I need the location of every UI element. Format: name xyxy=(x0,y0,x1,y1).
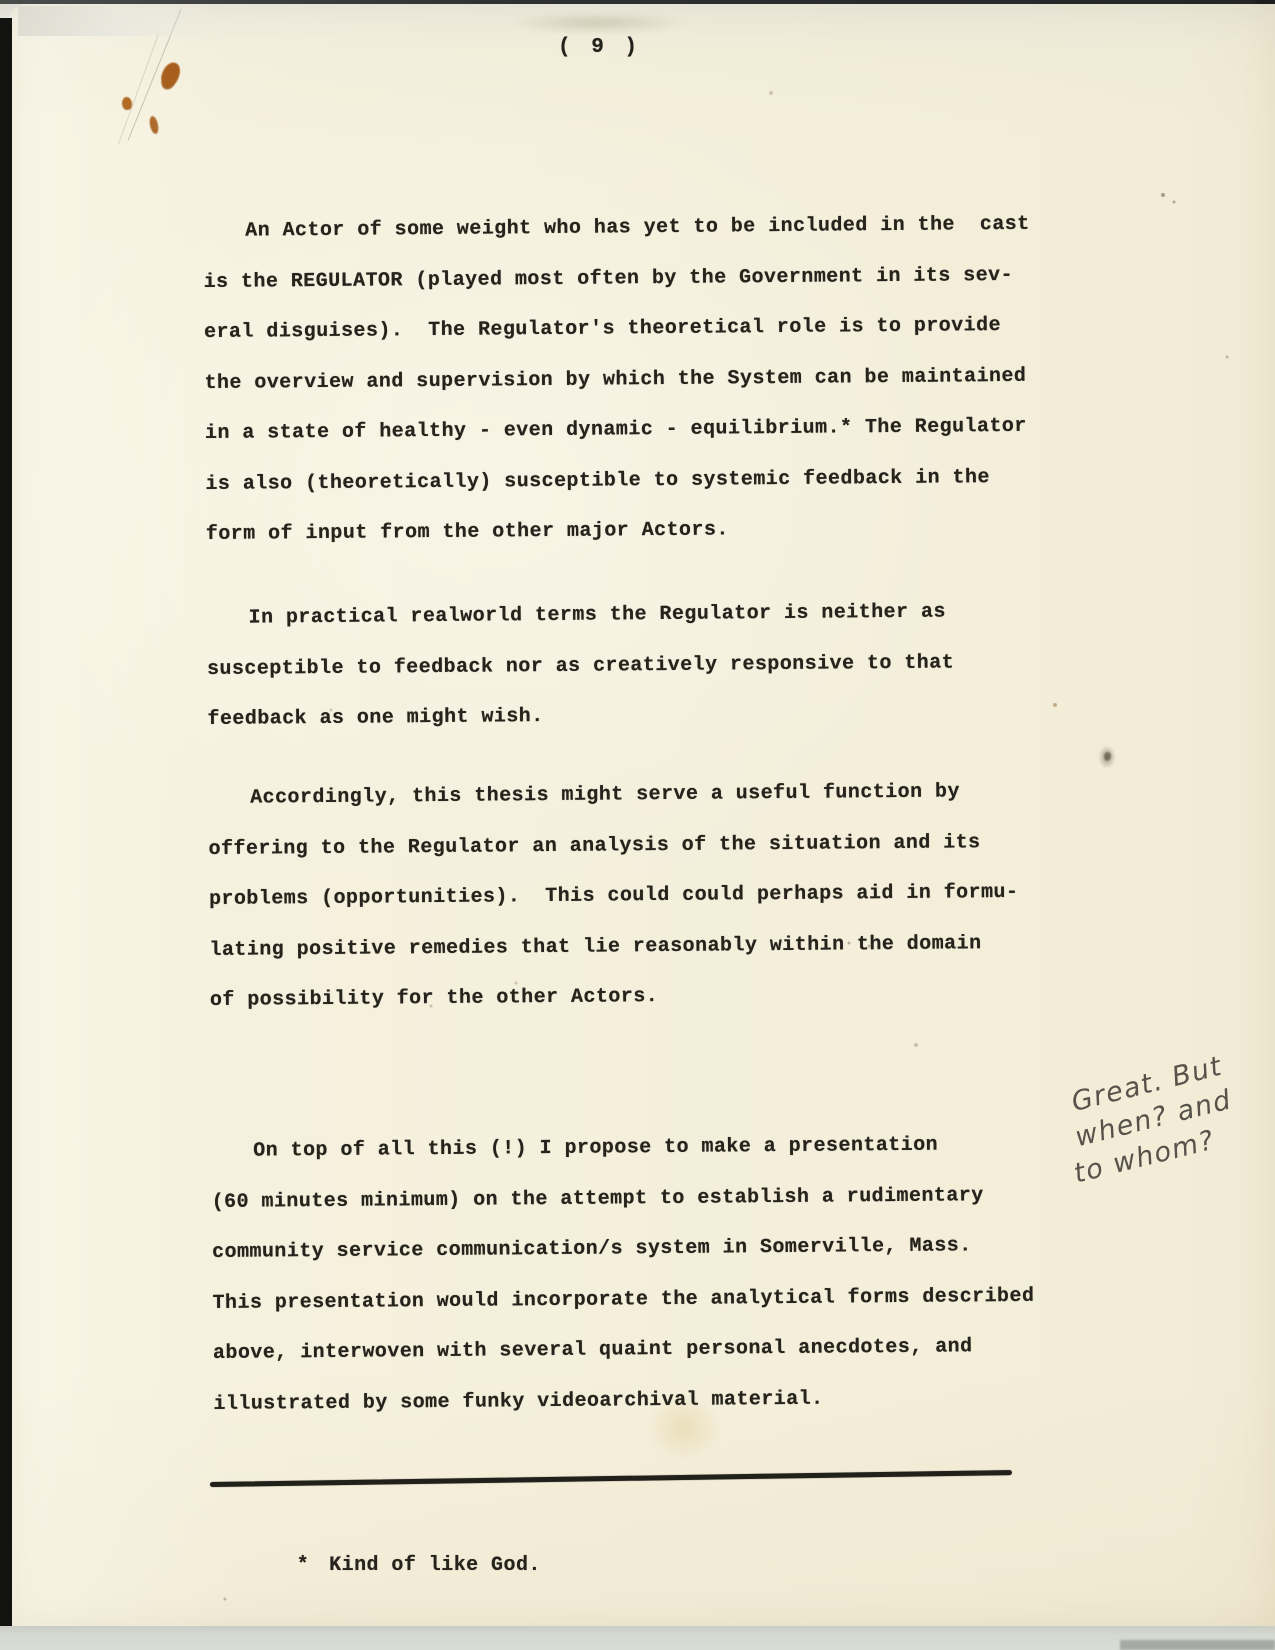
typed-line: In practical realworld terms the Regulat… xyxy=(206,587,954,644)
rust-stain xyxy=(159,60,183,90)
typed-line: illustrated by some funky videoarchival … xyxy=(213,1372,1035,1430)
scan-edge-bottom-shadow xyxy=(1120,1640,1275,1650)
typed-line: (60 minutes minimum) on the attempt to e… xyxy=(211,1170,1033,1228)
typed-line: feedback as one might wish. xyxy=(207,688,955,745)
paragraph: An Actor of some weight who has yet to b… xyxy=(203,200,1033,561)
paragraph: Accordingly, this thesis might serve a u… xyxy=(208,767,1020,1027)
scan-edge-bottom xyxy=(0,1626,1275,1650)
footnote: *Kind of like God. xyxy=(222,1521,541,1611)
ink-smudge xyxy=(1096,742,1118,772)
typed-line: in a state of healthy - even dynamic - e… xyxy=(205,402,1032,460)
typed-line: the overview and supervision by which th… xyxy=(204,351,1031,409)
typed-line: offering to the Regulator an analysis of… xyxy=(208,817,1018,875)
typed-line: problems (opportunities). This could cou… xyxy=(209,868,1019,926)
handwritten-annotation: Great. But when? and to whom? xyxy=(1068,1030,1275,1188)
paper-edge-smudge xyxy=(478,8,718,38)
typed-body: An Actor of some weight who has yet to b… xyxy=(203,199,1094,1457)
typed-line: community service communication/s system… xyxy=(212,1221,1034,1279)
paper-sheet: ( 9 ) An Actor of some weight who has ye… xyxy=(10,4,1275,1632)
paragraph: On top of all this (!) I propose to make… xyxy=(211,1120,1035,1430)
paragraph: In practical realworld terms the Regulat… xyxy=(206,587,954,745)
paper-corner-edge xyxy=(18,6,228,36)
footnote-divider xyxy=(210,1470,1012,1487)
typed-line: Accordingly, this thesis might serve a u… xyxy=(208,767,1018,825)
typed-line: of possibility for the other Actors. xyxy=(210,969,1020,1027)
typed-line: eral disguises). The Regulator's theoret… xyxy=(204,301,1031,359)
scanned-document-page: ( 9 ) An Actor of some weight who has ye… xyxy=(0,0,1275,1650)
typed-line: On top of all this (!) I propose to make… xyxy=(211,1120,1033,1178)
typed-line: is the REGULATOR (played most often by t… xyxy=(203,250,1030,308)
typed-line: This presentation would incorporate the … xyxy=(212,1271,1034,1329)
typed-line: An Actor of some weight who has yet to b… xyxy=(203,200,1030,258)
rust-stain xyxy=(148,115,160,134)
typed-line: susceptible to feedback nor as creativel… xyxy=(207,638,955,695)
typed-line: is also (theoretically) susceptible to s… xyxy=(205,452,1032,510)
typed-line: form of input from the other major Actor… xyxy=(206,503,1033,561)
footnote-marker: * xyxy=(297,1554,309,1577)
scan-edge-left xyxy=(0,18,12,1634)
footnote-text: Kind of like God. xyxy=(329,1554,541,1577)
typed-line: lating positive remedies that lie reason… xyxy=(209,918,1019,976)
paper-specks xyxy=(10,4,12,6)
typed-line: above, interwoven with several quaint pe… xyxy=(213,1322,1035,1380)
page-number: ( 9 ) xyxy=(558,36,641,59)
